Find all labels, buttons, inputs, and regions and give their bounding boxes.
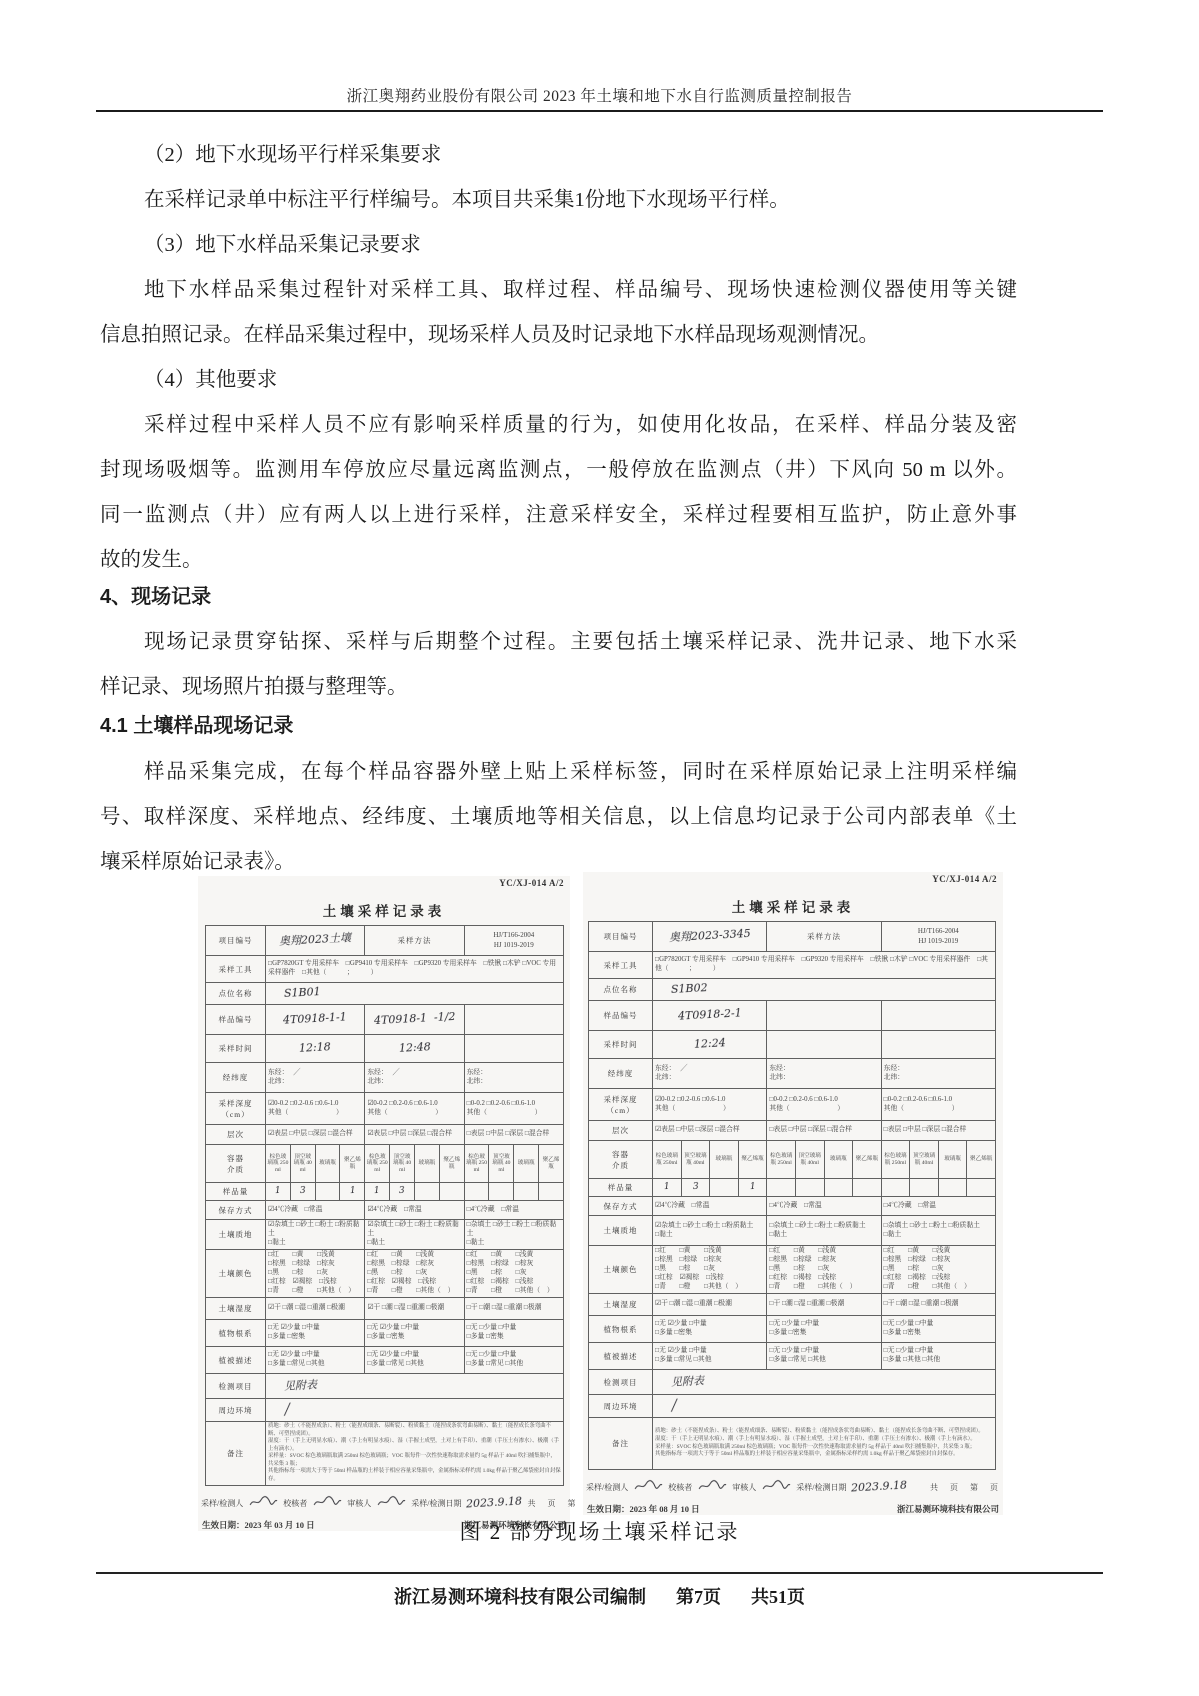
footer-page-number: 第7页: [676, 1583, 721, 1609]
form-doc-code: YC/XJ-014 A/2: [583, 874, 1003, 884]
form-row-label: 经纬度: [206, 1063, 266, 1093]
form-row-label: 备注: [589, 1418, 653, 1470]
form-cell: ☑4℃冷藏 □常温: [266, 1201, 365, 1220]
signature-scribble-icon: [633, 1478, 664, 1494]
form-cell: 顶空玻璃瓶 40ml: [290, 1145, 315, 1183]
form-cell: 聚乙烯瓶: [340, 1145, 365, 1183]
form-row-label: 检测项目: [589, 1370, 653, 1395]
form-cell: □干 □潮 □湿 □重潮 □极潮: [767, 1294, 881, 1316]
signature-scribble-icon: [248, 1493, 279, 1509]
form-cell: 棕色玻璃瓶 250ml: [365, 1145, 390, 1183]
form-row-label: 植物根系: [589, 1316, 653, 1343]
signature-scribble-icon: [697, 1478, 728, 1494]
form-cell: ☑表层 □中层 □深层 □混合样: [365, 1125, 464, 1145]
page-header-title: 浙江奥翔药业股份有限公司 2023 年土壤和地下水自行监测质量控制报告: [347, 88, 853, 105]
form-cell: 顶空玻璃瓶 40ml: [795, 1141, 824, 1179]
section-heading: 4.1 土壤样品现场记录: [100, 711, 1017, 741]
form-effective-date-line: 生效日期：2023 年 08 月 10 日浙江易测环境科技有限公司: [583, 1503, 1003, 1515]
form-row-label: 保存方式: [206, 1201, 266, 1220]
sampler-label: 采样/检测人: [201, 1498, 243, 1509]
form-company: 浙江易测环境科技有限公司: [897, 1503, 999, 1515]
form-cell: 4T0918-2-1: [653, 1001, 767, 1031]
form-cell: □无 □少量 □中量 □多量 □密集: [767, 1316, 881, 1343]
body-line: 信息拍照记录。在样品采集过程中，现场采样人员及时记录地下水样品现场观测情况。: [100, 320, 1017, 350]
form-row-label: 项目编号: [589, 922, 653, 952]
form-cell: [767, 1001, 881, 1031]
form-cell: □杂填土 □砂土 □粉土 □粉质黏土 □黏土: [881, 1216, 995, 1246]
handwritten-value: 见附表: [671, 1374, 705, 1390]
form-row-label: 土壤颜色: [206, 1250, 266, 1298]
form-cell: 采样方法: [365, 926, 464, 956]
body-line: 现场记录贯穿钻探、采样与后期整个过程。主要包括土壤采样记录、洗井记录、地下水采: [100, 627, 1017, 657]
body-line: （4）其他要求: [100, 365, 1017, 395]
form-cell: □红 □黄 □浅黄 □棕黑 □棕绿 □棕灰 □黑 □棕 □灰 □红棕 □褐棕 □…: [767, 1246, 881, 1294]
form-cell: ╱: [653, 1395, 996, 1418]
handwritten-value: 3: [300, 1186, 306, 1198]
body-line: 地下水样品采集过程针对采样工具、取样过程、样品编号、现场快速检测仪器使用等关键: [100, 275, 1017, 305]
page-header: 浙江奥翔药业股份有限公司 2023 年土壤和地下水自行监测质量控制报告: [0, 84, 1199, 106]
footer-page-total: 共51页: [751, 1583, 805, 1609]
handwritten-value: 1: [374, 1186, 380, 1198]
form-cell: □GP7820GT 专用采样车 □GP9410 专用采样车 □GP9320 专用…: [653, 952, 996, 979]
form-cell: 棕色玻璃瓶 250ml: [653, 1141, 682, 1179]
figure-caption: 图 2 部分现场土壤采样记录: [0, 1516, 1199, 1546]
form-cell: HJ/T166-2004 HJ 1019-2019: [881, 922, 995, 952]
form-cell: [795, 1179, 824, 1197]
form-cell: □表层 □中层 □深层 □混合样: [881, 1121, 995, 1141]
form-cell: □无 □少量 □中量 □多量 □密集: [881, 1316, 995, 1343]
form-cell: ╱: [266, 1399, 564, 1422]
form-cell: [414, 1183, 439, 1201]
form-cell: 1: [365, 1183, 390, 1201]
form-cell: [881, 1179, 910, 1197]
form-cell: [767, 1179, 796, 1197]
form-cell: HJ/T166-2004 HJ 1019-2019: [464, 926, 563, 956]
auditor-label: 审核人: [347, 1498, 371, 1509]
form-cell: □0-0.2 □0.2-0.6 □0.6-1.0 其他（ ）: [464, 1093, 563, 1125]
form-cell: □无 □少量 □中量 □多量 □密集: [464, 1320, 563, 1347]
form-cell: 玻璃瓶: [514, 1145, 539, 1183]
handwritten-value: 12:24: [693, 1037, 725, 1053]
handwritten-value: 4T0918-1 -1/2: [373, 1010, 455, 1029]
form-cell: ☑杂填土 □砂土 □粉土 □粉质黏土 □黏土: [365, 1220, 464, 1250]
form-row-label: 土壤质地: [206, 1220, 266, 1250]
form-signature-line: 采样/检测人校核者审核人采样/检测日期2023.9.18共 页 第 页: [583, 1479, 1003, 1493]
form-cell: □无 □少量 □中量 □多量 □常见 □其他: [767, 1343, 881, 1370]
form-row-label: 层次: [589, 1121, 653, 1141]
body-line: 号、取样深度、采样地点、经纬度、土壤质地等相关信息，以上信息均记录于公司内部表单…: [100, 802, 1017, 832]
form-cell: [910, 1179, 939, 1197]
form-row-label: 采样时间: [206, 1035, 266, 1063]
form-cell: □红 □黄 □浅黄 □棕黑 □棕绿 □棕灰 □黑 □棕 □灰 □红棕 ☑褐棕 □…: [653, 1246, 767, 1294]
form-cell: 3: [290, 1183, 315, 1201]
handwritten-value: ╱: [284, 1403, 291, 1418]
handwritten-value: 12:48: [398, 1041, 430, 1057]
form-cell: [881, 1031, 995, 1059]
form-row-label: 植被描述: [589, 1343, 653, 1370]
body-line: 采样过程中采样人员不应有影响采样质量的行为，如使用化妆品，在采样、样品分装及密: [100, 410, 1017, 440]
form-row-label: 检测项目: [206, 1374, 266, 1399]
form-row-label: 样品编号: [206, 1005, 266, 1035]
body-line: 样记录、现场照片拍摄与整理等。: [100, 672, 1017, 702]
handwritten-value: 奥翔2023土壤: [279, 931, 352, 949]
handwritten-value: 1: [349, 1186, 355, 1198]
handwritten-date: 2023.9.18: [851, 1479, 908, 1495]
form-cell: [824, 1179, 853, 1197]
handwritten-value: 4T0918-1-1: [283, 1011, 347, 1029]
form-row-label: 土壤质地: [589, 1216, 653, 1246]
form-cell: □杂填土 □砂土 □粉土 □粉质黏土 □黏土: [464, 1220, 563, 1250]
form-cell: □4℃冷藏 □常温: [767, 1197, 881, 1216]
handwritten-date: 2023.9.18: [466, 1494, 523, 1510]
form-cell: □无 □少量 □中量 □多量 □其他 □其他: [881, 1343, 995, 1370]
handwritten-value: 3: [692, 1182, 698, 1194]
form-cell: [710, 1179, 739, 1197]
handwritten-value: 4T0918-2-1: [677, 1007, 741, 1025]
handwritten-value: S1B01: [284, 985, 321, 1001]
form-row-label: 项目编号: [206, 926, 266, 956]
form-cell: 东经： 北纬：: [464, 1063, 563, 1093]
checker-label: 校核者: [283, 1498, 307, 1509]
form-row-label: 样品量: [589, 1179, 653, 1197]
handwritten-value: S1B02: [671, 981, 708, 997]
auditor-label: 审核人: [732, 1482, 756, 1493]
form-row-label: 植物根系: [206, 1320, 266, 1347]
handwritten-value: 1: [664, 1182, 670, 1194]
form-cell: 东经： 北纬：: [881, 1059, 995, 1089]
handwritten-value: 3: [399, 1186, 405, 1198]
form-cell: □4℃冷藏 □常温: [881, 1197, 995, 1216]
form-cell: 东经： 北纬：: [767, 1059, 881, 1089]
form-cell: 1: [266, 1183, 291, 1201]
footer-author: 浙江易测环境科技有限公司编制: [394, 1583, 646, 1609]
form-cell: 奥翔2023土壤: [266, 926, 365, 956]
form-title: 土壤采样记录表: [198, 900, 570, 920]
form-row-label: 容器 介质: [206, 1145, 266, 1183]
form-cell: [439, 1183, 464, 1201]
form-cell: 顶空玻璃瓶 40ml: [681, 1141, 710, 1179]
form-row-label: 样品编号: [589, 1001, 653, 1031]
form-cell: 东经： ╱ 北纬：: [653, 1059, 767, 1089]
form-cell: 聚乙烯瓶: [539, 1145, 564, 1183]
form-cell: □无 ☑少量 □中量 □多量 □密集: [365, 1320, 464, 1347]
form-cell: 见附表: [653, 1370, 996, 1395]
form-cell: 玻璃瓶: [710, 1141, 739, 1179]
form-title: 土壤采样记录表: [583, 896, 1003, 916]
form-cell: 玻璃瓶: [315, 1145, 340, 1183]
signature-scribble-icon: [312, 1493, 343, 1509]
checker-label: 校核者: [668, 1482, 692, 1493]
header-divider: [96, 110, 1103, 112]
form-cell: 3: [390, 1183, 415, 1201]
form-row-label: 点位名称: [206, 983, 266, 1005]
handwritten-value: 12:18: [299, 1041, 331, 1057]
scanned-form-left: YC/XJ-014 A/2土壤采样记录表项目编号奥翔2023土壤采样方法HJ/T…: [198, 876, 570, 1531]
form-signature-line: 采样/检测人校核者审核人采样/检测日期2023.9.18共 页 第 页: [198, 1495, 570, 1509]
body-line: 样品采集完成，在每个样品容器外壁上贴上采样标签，同时在采样原始记录上注明采样编: [100, 757, 1017, 787]
form-cell: □干 □潮 □湿 □重潮 □极潮: [881, 1294, 995, 1316]
form-cell: [938, 1179, 967, 1197]
form-row-label: 层次: [206, 1125, 266, 1145]
form-row-label: 采样深度 （cm）: [206, 1093, 266, 1125]
form-cell: □无 ☑少量 □中量 □多量 □常见 □其他: [266, 1347, 365, 1374]
form-cell: [464, 1183, 489, 1201]
form-row-label: 周边环境: [589, 1395, 653, 1418]
form-cell: [489, 1183, 514, 1201]
form-cell: ☑4℃冷藏 □常温: [365, 1201, 464, 1220]
form-cell: □GP7820GT 专用采样车 □GP9410 专用采样车 □GP9320 专用…: [266, 956, 564, 983]
sampling-date-label: 采样/检测日期: [796, 1482, 846, 1493]
form-cell: [967, 1179, 996, 1197]
footer-divider: [96, 1572, 1103, 1574]
form-cell: 顶空玻璃瓶 40ml: [489, 1145, 514, 1183]
form-row-label: 样品量: [206, 1183, 266, 1201]
form-cell: □无 ☑少量 □中量 □多量 □密集: [266, 1320, 365, 1347]
form-cell: 12:48: [365, 1035, 464, 1063]
form-cell: □表层 □中层 □深层 □混合样: [464, 1125, 563, 1145]
form-cell: 采样方法: [767, 922, 881, 952]
form-cell: 质地：砂土（不能捏成条）、粉土（能捏成细条、易断裂）、粉质黏土（能捏成条状弯曲易…: [653, 1418, 996, 1470]
form-cell: ☑杂填土 □砂土 □粉土 □粉质黏土 □黏土: [266, 1220, 365, 1250]
form-cell: □无 □少量 □中量 □多量 □常见 □其他: [464, 1347, 563, 1374]
form-cell: ☑干 □潮 □湿 □重潮 □极潮: [653, 1294, 767, 1316]
sampling-date-label: 采样/检测日期: [411, 1498, 461, 1509]
form-row-label: 周边环境: [206, 1399, 266, 1422]
form-cell: 聚乙烯瓶: [738, 1141, 767, 1179]
form-cell: 聚乙烯瓶: [967, 1141, 996, 1179]
body-line: 同一监测点（井）应有两人以上进行采样，注意采样安全，采样过程要相互监护，防止意外…: [100, 500, 1017, 530]
form-cell: 棕色玻璃瓶 250ml: [881, 1141, 910, 1179]
form-cell: □红 □黄 □浅黄 □棕黑 □棕绿 □棕灰 □黑 □棕 □灰 □红棕 ☑褐棕 □…: [365, 1250, 464, 1298]
form-cell: □无 ☑少量 □中量 □多量 □常见 □其他: [365, 1347, 464, 1374]
handwritten-value: ╱: [671, 1399, 678, 1414]
form-cell: 玻璃瓶: [938, 1141, 967, 1179]
form-row-label: 采样时间: [589, 1031, 653, 1059]
form-row-label: 土壤颜色: [589, 1246, 653, 1294]
form-cell: 聚乙烯瓶: [853, 1141, 882, 1179]
form-table: 项目编号奥翔2023土壤采样方法HJ/T166-2004 HJ 1019-201…: [205, 925, 564, 1486]
form-cell: 1: [738, 1179, 767, 1197]
form-row-label: 备注: [206, 1422, 266, 1486]
form-cell: 东经： ╱ 北纬：: [266, 1063, 365, 1093]
form-row-label: 点位名称: [589, 979, 653, 1001]
form-cell: □红 □黄 □浅黄 □棕黑 □棕绿 □棕灰 □黑 □棕 □灰 □红棕 □褐棕 □…: [464, 1250, 563, 1298]
form-cell: 玻璃瓶: [414, 1145, 439, 1183]
form-cell: 质地：砂土（不能捏成条）、粉土（能捏成细条、易断裂）、粉质黏土（能捏成条状弯曲易…: [266, 1422, 564, 1486]
form-cell: □0-0.2 □0.2-0.6 □0.6-1.0 其他（ ）: [881, 1089, 995, 1121]
handwritten-value: 1: [749, 1182, 755, 1194]
handwritten-value: 见附表: [284, 1378, 318, 1394]
form-row-label: 容器 介质: [589, 1141, 653, 1179]
form-cell: ☑干 □潮 □湿 □重潮 □极潮: [266, 1298, 365, 1320]
body-line: 在采样记录单中标注平行样编号。本项目共采集1份地下水现场平行样。: [100, 185, 1017, 215]
document-page: 浙江奥翔药业股份有限公司 2023 年土壤和地下水自行监测质量控制报告 （2）地…: [0, 0, 1199, 1696]
form-cell: [539, 1183, 564, 1201]
page-count-fields: 共 页 第 页: [930, 1482, 1000, 1493]
form-cell: ☑表层 □中层 □深层 □混合样: [266, 1125, 365, 1145]
form-cell: ☑0-0.2 □0.2-0.6 □0.6-1.0 其他（ ）: [266, 1093, 365, 1125]
form-cell: [853, 1179, 882, 1197]
body-line: （2）地下水现场平行样采集要求: [100, 140, 1017, 170]
form-cell: [767, 1031, 881, 1059]
form-cell: 聚乙烯瓶: [439, 1145, 464, 1183]
form-row-label: 植被描述: [206, 1347, 266, 1374]
form-cell: S1B02: [653, 979, 996, 1001]
form-cell: [464, 1035, 563, 1063]
form-cell: 棕色玻璃瓶 250ml: [464, 1145, 489, 1183]
form-cell: 棕色玻璃瓶 250ml: [266, 1145, 291, 1183]
form-cell: 1: [340, 1183, 365, 1201]
signature-scribble-icon: [376, 1493, 407, 1509]
form-row-label: 采样工具: [206, 956, 266, 983]
sampler-label: 采样/检测人: [586, 1482, 628, 1493]
body-line: 封现场吸烟等。监测用车停放应尽量远离监测点，一般停放在监测点（井）下风向 50 …: [100, 455, 1017, 485]
form-cell: 东经： ╱ 北纬：: [365, 1063, 464, 1093]
effective-date: 生效日期：2023 年 08 月 10 日: [587, 1503, 700, 1515]
form-cell: ☑4℃冷藏 □常温: [653, 1197, 767, 1216]
form-cell: 顶空玻璃瓶 40ml: [390, 1145, 415, 1183]
form-cell: [881, 1001, 995, 1031]
form-cell: 12:24: [653, 1031, 767, 1059]
page-footer: 浙江易测环境科技有限公司编制 第7页 共51页: [0, 1583, 1199, 1609]
form-cell: 1: [653, 1179, 682, 1197]
form-cell: S1B01: [266, 983, 564, 1005]
form-cell: □干 □潮 □湿 □重潮 □极潮: [464, 1298, 563, 1320]
form-row-label: 土壤湿度: [206, 1298, 266, 1320]
form-table: 项目编号奥翔2023-3345采样方法HJ/T166-2004 HJ 1019-…: [588, 921, 996, 1470]
signature-scribble-icon: [761, 1478, 792, 1494]
form-cell: □无 ☑少量 □中量 □多量 □密集: [653, 1316, 767, 1343]
section-heading: 4、现场记录: [100, 582, 1017, 612]
form-cell: 奥翔2023-3345: [653, 922, 767, 952]
form-cell: □杂填土 □砂土 □粉土 □粉质黏土 □黏土: [767, 1216, 881, 1246]
scanned-form-right: YC/XJ-014 A/2土壤采样记录表项目编号奥翔2023-3345采样方法H…: [583, 872, 1003, 1515]
form-cell: 3: [681, 1179, 710, 1197]
form-cell: □4℃冷藏 □常温: [464, 1201, 563, 1220]
form-row-label: 保存方式: [589, 1197, 653, 1216]
form-cell: 4T0918-1 -1/2: [365, 1005, 464, 1035]
form-cell: 棕色玻璃瓶 250ml: [767, 1141, 796, 1179]
form-cell: 顶空玻璃瓶 40ml: [910, 1141, 939, 1179]
form-cell: ☑0-0.2 □0.2-0.6 □0.6-1.0 其他（ ）: [365, 1093, 464, 1125]
form-cell: ☑表层 □中层 □深层 □混合样: [653, 1121, 767, 1141]
body-line: （3）地下水样品采集记录要求: [100, 230, 1017, 260]
form-cell: 12:18: [266, 1035, 365, 1063]
form-row-label: 采样深度 （cm）: [589, 1089, 653, 1121]
form-cell: 见附表: [266, 1374, 564, 1399]
form-cell: [315, 1183, 340, 1201]
body-line: 故的发生。: [100, 545, 1017, 575]
form-cell: □0-0.2 □0.2-0.6 □0.6-1.0 其他（ ）: [767, 1089, 881, 1121]
form-cell: [464, 1005, 563, 1035]
handwritten-value: 奥翔2023-3345: [668, 927, 750, 946]
form-cell: 玻璃瓶: [824, 1141, 853, 1179]
form-cell: ☑干 □潮 □湿 □重潮 □极潮: [365, 1298, 464, 1320]
form-cell: 4T0918-1-1: [266, 1005, 365, 1035]
form-cell: □表层 □中层 □深层 □混合样: [767, 1121, 881, 1141]
form-cell: □红 □黄 □浅黄 □棕黑 □棕绿 □棕灰 □黑 □棕 □灰 □红棕 □褐棕 □…: [881, 1246, 995, 1294]
form-cell: □无 ☑少量 □中量 □多量 □常见 □其他: [653, 1343, 767, 1370]
figure-caption-text: 图 2 部分现场土壤采样记录: [460, 1520, 740, 1544]
form-cell: ☑杂填土 □砂土 □粉土 □粉质黏土 □黏土: [653, 1216, 767, 1246]
form-row-label: 采样工具: [589, 952, 653, 979]
form-cell: ☑0-0.2 □0.2-0.6 □0.6-1.0 其他（ ）: [653, 1089, 767, 1121]
form-doc-code: YC/XJ-014 A/2: [198, 878, 570, 888]
form-row-label: 土壤湿度: [589, 1294, 653, 1316]
form-cell: [514, 1183, 539, 1201]
form-cell: □红 □黄 □浅黄 □棕黑 □棕绿 □棕灰 □黑 □棕 □灰 □红棕 ☑褐棕 □…: [266, 1250, 365, 1298]
handwritten-value: 1: [275, 1186, 281, 1198]
form-row-label: 经纬度: [589, 1059, 653, 1089]
